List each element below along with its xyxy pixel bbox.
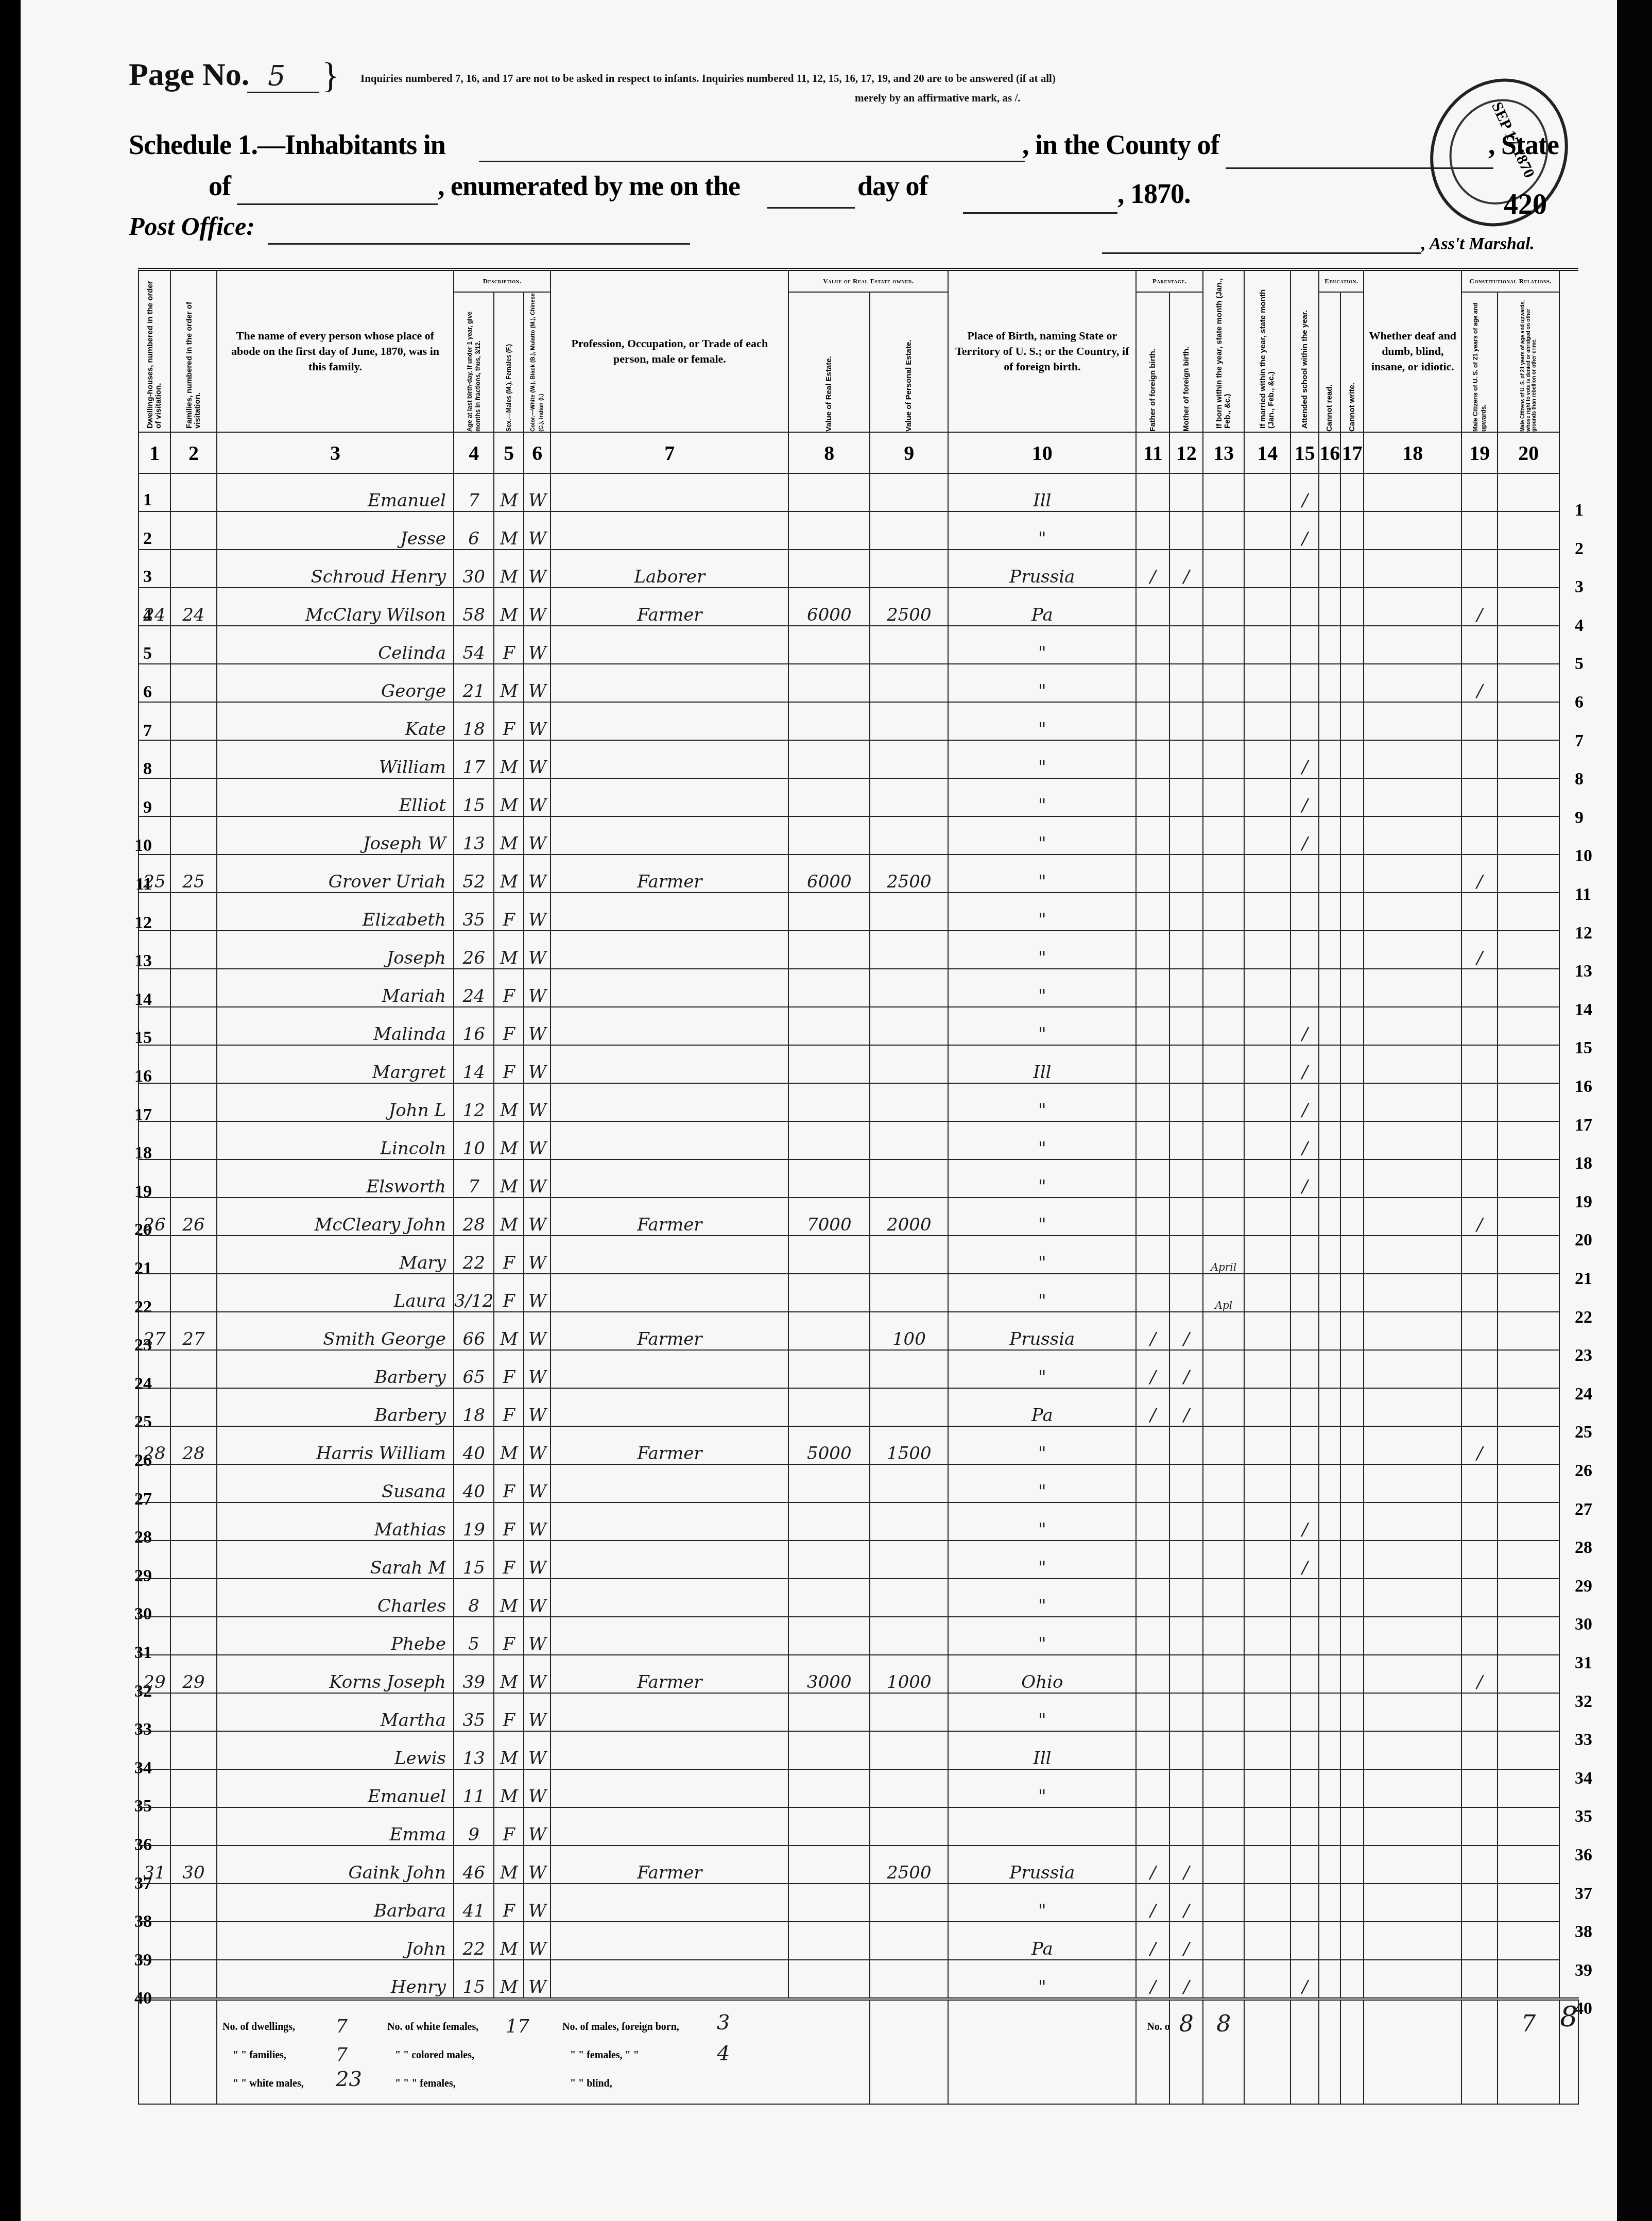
vote-denied-cell[interactable] [1498, 473, 1559, 511]
father-foreign-cell[interactable] [1136, 1159, 1169, 1198]
real-estate-value-cell[interactable] [788, 1159, 870, 1198]
born-within-year-cell[interactable] [1203, 550, 1244, 588]
person-name-cell[interactable]: John [217, 1922, 454, 1960]
sex-cell[interactable]: F [494, 893, 524, 931]
attended-school-cell[interactable] [1290, 1884, 1319, 1922]
age-cell[interactable]: 5 [454, 1617, 494, 1655]
birthplace-cell[interactable]: " [948, 1693, 1136, 1731]
male-citizen-cell[interactable] [1461, 1693, 1498, 1731]
vote-denied-cell[interactable] [1498, 893, 1559, 931]
occupation-cell[interactable] [550, 1769, 788, 1807]
color-cell[interactable]: W [524, 1655, 550, 1693]
real-estate-value-cell[interactable]: 6000 [788, 588, 870, 626]
deaf-blind-cell[interactable] [1364, 1198, 1461, 1236]
personal-estate-value-cell[interactable] [870, 1502, 948, 1541]
attended-school-cell[interactable] [1290, 1617, 1319, 1655]
cannot-write-cell[interactable] [1340, 855, 1364, 893]
dwelling-number-cell[interactable]: 25 [139, 855, 170, 893]
color-cell[interactable]: W [524, 1769, 550, 1807]
deaf-blind-cell[interactable] [1364, 740, 1461, 778]
cannot-read-cell[interactable] [1319, 1807, 1340, 1846]
person-name-cell[interactable]: Lewis [217, 1731, 454, 1769]
male-citizen-cell[interactable] [1461, 511, 1498, 550]
birthplace-cell[interactable]: " [948, 1960, 1136, 1999]
color-cell[interactable]: W [524, 740, 550, 778]
family-number-cell[interactable] [170, 1617, 217, 1655]
age-cell[interactable]: 39 [454, 1655, 494, 1693]
family-number-cell[interactable] [170, 1922, 217, 1960]
family-number-cell[interactable]: 30 [170, 1846, 217, 1884]
cannot-write-cell[interactable] [1340, 1807, 1364, 1846]
real-estate-value-cell[interactable] [788, 511, 870, 550]
vote-denied-cell[interactable] [1498, 1159, 1559, 1198]
personal-estate-value-cell[interactable] [870, 664, 948, 702]
occupation-cell[interactable] [550, 1693, 788, 1731]
birthplace-cell[interactable]: " [948, 893, 1136, 931]
married-within-year-cell[interactable] [1244, 1502, 1290, 1541]
vote-denied-cell[interactable] [1498, 1731, 1559, 1769]
born-within-year-cell[interactable] [1203, 1579, 1244, 1617]
dwelling-number-cell[interactable] [139, 969, 170, 1007]
person-name-cell[interactable]: Joseph W [217, 816, 454, 855]
mother-foreign-cell[interactable] [1169, 855, 1203, 893]
mother-foreign-cell[interactable] [1169, 626, 1203, 664]
birthplace-cell[interactable]: " [948, 1159, 1136, 1198]
personal-estate-value-cell[interactable] [870, 550, 948, 588]
color-cell[interactable]: W [524, 1388, 550, 1426]
vote-denied-cell[interactable] [1498, 626, 1559, 664]
cannot-write-cell[interactable] [1340, 1884, 1364, 1922]
dwelling-number-cell[interactable]: 29 [139, 1655, 170, 1693]
personal-estate-value-cell[interactable] [870, 1807, 948, 1846]
mother-foreign-cell[interactable] [1169, 1426, 1203, 1464]
occupation-cell[interactable]: Farmer [550, 1655, 788, 1693]
mother-foreign-cell[interactable] [1169, 1274, 1203, 1312]
real-estate-value-cell[interactable] [788, 1007, 870, 1045]
married-within-year-cell[interactable] [1244, 778, 1290, 816]
attended-school-cell[interactable] [1290, 1426, 1319, 1464]
personal-estate-value-cell[interactable] [870, 1121, 948, 1159]
sex-cell[interactable]: M [494, 588, 524, 626]
vote-denied-cell[interactable] [1498, 1388, 1559, 1426]
occupation-cell[interactable]: Farmer [550, 1312, 788, 1350]
birthplace-cell[interactable]: Ohio [948, 1655, 1136, 1693]
sex-cell[interactable]: M [494, 473, 524, 511]
mother-foreign-cell[interactable] [1169, 1579, 1203, 1617]
father-foreign-cell[interactable] [1136, 626, 1169, 664]
deaf-blind-cell[interactable] [1364, 931, 1461, 969]
deaf-blind-cell[interactable] [1364, 1769, 1461, 1807]
cannot-write-cell[interactable] [1340, 1655, 1364, 1693]
age-cell[interactable]: 21 [454, 664, 494, 702]
father-foreign-cell[interactable] [1136, 1502, 1169, 1541]
vote-denied-cell[interactable] [1498, 1464, 1559, 1502]
vote-denied-cell[interactable] [1498, 1007, 1559, 1045]
birthplace-cell[interactable]: Ill [948, 1731, 1136, 1769]
male-citizen-cell[interactable] [1461, 1159, 1498, 1198]
personal-estate-value-cell[interactable] [870, 1350, 948, 1388]
occupation-cell[interactable] [550, 626, 788, 664]
attended-school-cell[interactable]: / [1290, 740, 1319, 778]
personal-estate-value-cell[interactable] [870, 1083, 948, 1121]
real-estate-value-cell[interactable]: 3000 [788, 1655, 870, 1693]
person-name-cell[interactable]: Gaink John [217, 1846, 454, 1884]
age-cell[interactable]: 46 [454, 1846, 494, 1884]
color-cell[interactable]: W [524, 1922, 550, 1960]
father-foreign-cell[interactable] [1136, 778, 1169, 816]
vote-denied-cell[interactable] [1498, 1312, 1559, 1350]
deaf-blind-cell[interactable] [1364, 969, 1461, 1007]
married-within-year-cell[interactable] [1244, 1007, 1290, 1045]
occupation-cell[interactable]: Farmer [550, 855, 788, 893]
real-estate-value-cell[interactable]: 6000 [788, 855, 870, 893]
color-cell[interactable]: W [524, 1960, 550, 1999]
sex-cell[interactable]: F [494, 1807, 524, 1846]
attended-school-cell[interactable] [1290, 1579, 1319, 1617]
occupation-cell[interactable]: Farmer [550, 1846, 788, 1884]
person-name-cell[interactable]: Emanuel [217, 473, 454, 511]
person-name-cell[interactable]: Elsworth [217, 1159, 454, 1198]
personal-estate-value-cell[interactable] [870, 511, 948, 550]
mother-foreign-cell[interactable] [1169, 1693, 1203, 1731]
birthplace-cell[interactable]: " [948, 1617, 1136, 1655]
cannot-write-cell[interactable] [1340, 1388, 1364, 1426]
real-estate-value-cell[interactable] [788, 1045, 870, 1083]
mother-foreign-cell[interactable] [1169, 1541, 1203, 1579]
male-citizen-cell[interactable] [1461, 1922, 1498, 1960]
person-name-cell[interactable]: Mariah [217, 969, 454, 1007]
family-number-cell[interactable] [170, 969, 217, 1007]
deaf-blind-cell[interactable] [1364, 511, 1461, 550]
dwelling-number-cell[interactable] [139, 778, 170, 816]
birthplace-cell[interactable]: Pa [948, 588, 1136, 626]
sex-cell[interactable]: F [494, 1274, 524, 1312]
birthplace-cell[interactable]: " [948, 1464, 1136, 1502]
real-estate-value-cell[interactable] [788, 1922, 870, 1960]
real-estate-value-cell[interactable] [788, 702, 870, 740]
dwelling-number-cell[interactable] [139, 473, 170, 511]
attended-school-cell[interactable]: / [1290, 1159, 1319, 1198]
attended-school-cell[interactable] [1290, 1807, 1319, 1846]
dwelling-number-cell[interactable] [139, 1083, 170, 1121]
attended-school-cell[interactable]: / [1290, 1045, 1319, 1083]
deaf-blind-cell[interactable] [1364, 1502, 1461, 1541]
person-name-cell[interactable]: Jesse [217, 511, 454, 550]
born-within-year-cell[interactable] [1203, 1807, 1244, 1846]
cannot-write-cell[interactable] [1340, 1426, 1364, 1464]
attended-school-cell[interactable] [1290, 1198, 1319, 1236]
married-within-year-cell[interactable] [1244, 550, 1290, 588]
mother-foreign-cell[interactable] [1169, 1083, 1203, 1121]
deaf-blind-cell[interactable] [1364, 1426, 1461, 1464]
dwelling-number-cell[interactable] [139, 1960, 170, 1999]
color-cell[interactable]: W [524, 702, 550, 740]
married-within-year-cell[interactable] [1244, 626, 1290, 664]
occupation-cell[interactable]: Laborer [550, 550, 788, 588]
occupation-cell[interactable]: Farmer [550, 1426, 788, 1464]
vote-denied-cell[interactable] [1498, 1960, 1559, 1999]
mother-foreign-cell[interactable] [1169, 1045, 1203, 1083]
birthplace-cell[interactable]: " [948, 1198, 1136, 1236]
age-cell[interactable]: 15 [454, 1960, 494, 1999]
age-cell[interactable]: 52 [454, 855, 494, 893]
vote-denied-cell[interactable] [1498, 1541, 1559, 1579]
male-citizen-cell[interactable] [1461, 1884, 1498, 1922]
color-cell[interactable]: W [524, 664, 550, 702]
occupation-cell[interactable] [550, 816, 788, 855]
of-field[interactable] [237, 183, 438, 205]
deaf-blind-cell[interactable] [1364, 1731, 1461, 1769]
cannot-read-cell[interactable] [1319, 1236, 1340, 1274]
occupation-cell[interactable]: Farmer [550, 588, 788, 626]
birthplace-cell[interactable]: " [948, 778, 1136, 816]
mother-foreign-cell[interactable]: / [1169, 550, 1203, 588]
sex-cell[interactable]: M [494, 1579, 524, 1617]
father-foreign-cell[interactable] [1136, 1579, 1169, 1617]
male-citizen-cell[interactable] [1461, 1007, 1498, 1045]
father-foreign-cell[interactable] [1136, 1236, 1169, 1274]
deaf-blind-cell[interactable] [1364, 1121, 1461, 1159]
cannot-write-cell[interactable] [1340, 1045, 1364, 1083]
color-cell[interactable]: W [524, 1693, 550, 1731]
vote-denied-cell[interactable] [1498, 1502, 1559, 1541]
born-within-year-cell[interactable] [1203, 740, 1244, 778]
personal-estate-value-cell[interactable] [870, 1731, 948, 1769]
married-within-year-cell[interactable] [1244, 588, 1290, 626]
married-within-year-cell[interactable] [1244, 1541, 1290, 1579]
occupation-cell[interactable] [550, 1541, 788, 1579]
occupation-cell[interactable] [550, 1502, 788, 1541]
birthplace-cell[interactable]: " [948, 511, 1136, 550]
age-cell[interactable]: 9 [454, 1807, 494, 1846]
cannot-write-cell[interactable] [1340, 626, 1364, 664]
sex-cell[interactable]: M [494, 1960, 524, 1999]
cannot-read-cell[interactable] [1319, 473, 1340, 511]
cannot-write-cell[interactable] [1340, 1274, 1364, 1312]
vote-denied-cell[interactable] [1498, 1579, 1559, 1617]
born-within-year-cell[interactable] [1203, 1693, 1244, 1731]
birthplace-cell[interactable]: " [948, 1502, 1136, 1541]
father-foreign-cell[interactable] [1136, 1045, 1169, 1083]
attended-school-cell[interactable] [1290, 1922, 1319, 1960]
age-cell[interactable]: 58 [454, 588, 494, 626]
personal-estate-value-cell[interactable] [870, 1617, 948, 1655]
married-within-year-cell[interactable] [1244, 1579, 1290, 1617]
occupation-cell[interactable] [550, 473, 788, 511]
married-within-year-cell[interactable] [1244, 473, 1290, 511]
mother-foreign-cell[interactable] [1169, 511, 1203, 550]
deaf-blind-cell[interactable] [1364, 1350, 1461, 1388]
family-number-cell[interactable] [170, 1731, 217, 1769]
cannot-write-cell[interactable] [1340, 702, 1364, 740]
sex-cell[interactable]: F [494, 969, 524, 1007]
born-within-year-cell[interactable] [1203, 1426, 1244, 1464]
sex-cell[interactable]: M [494, 550, 524, 588]
born-within-year-cell[interactable] [1203, 1922, 1244, 1960]
person-name-cell[interactable]: Laura [217, 1274, 454, 1312]
vote-denied-cell[interactable] [1498, 1121, 1559, 1159]
age-cell[interactable]: 3/12 [454, 1274, 494, 1312]
married-within-year-cell[interactable] [1244, 816, 1290, 855]
sex-cell[interactable]: F [494, 1007, 524, 1045]
color-cell[interactable]: W [524, 473, 550, 511]
sex-cell[interactable]: F [494, 1045, 524, 1083]
vote-denied-cell[interactable] [1498, 1693, 1559, 1731]
occupation-cell[interactable] [550, 1960, 788, 1999]
attended-school-cell[interactable] [1290, 626, 1319, 664]
cannot-write-cell[interactable] [1340, 1693, 1364, 1731]
cannot-write-cell[interactable] [1340, 778, 1364, 816]
married-within-year-cell[interactable] [1244, 1159, 1290, 1198]
born-within-year-cell[interactable]: Apl [1203, 1274, 1244, 1312]
vote-denied-cell[interactable] [1498, 550, 1559, 588]
cannot-write-cell[interactable] [1340, 588, 1364, 626]
dwelling-number-cell[interactable] [139, 1731, 170, 1769]
deaf-blind-cell[interactable] [1364, 1617, 1461, 1655]
occupation-cell[interactable] [550, 1884, 788, 1922]
sex-cell[interactable]: F [494, 1693, 524, 1731]
dwelling-number-cell[interactable] [139, 1121, 170, 1159]
birthplace-cell[interactable]: " [948, 1426, 1136, 1464]
vote-denied-cell[interactable] [1498, 1922, 1559, 1960]
born-within-year-cell[interactable] [1203, 1159, 1244, 1198]
personal-estate-value-cell[interactable]: 1500 [870, 1426, 948, 1464]
person-name-cell[interactable]: William [217, 740, 454, 778]
cannot-read-cell[interactable] [1319, 1502, 1340, 1541]
dwelling-number-cell[interactable]: 28 [139, 1426, 170, 1464]
mother-foreign-cell[interactable] [1169, 1236, 1203, 1274]
cannot-write-cell[interactable] [1340, 1121, 1364, 1159]
male-citizen-cell[interactable]: / [1461, 931, 1498, 969]
vote-denied-cell[interactable] [1498, 1350, 1559, 1388]
birthplace-cell[interactable]: Ill [948, 473, 1136, 511]
personal-estate-value-cell[interactable] [870, 931, 948, 969]
deaf-blind-cell[interactable] [1364, 1541, 1461, 1579]
married-within-year-cell[interactable] [1244, 893, 1290, 931]
father-foreign-cell[interactable] [1136, 1198, 1169, 1236]
father-foreign-cell[interactable] [1136, 1769, 1169, 1807]
attended-school-cell[interactable]: / [1290, 1083, 1319, 1121]
family-number-cell[interactable] [170, 1960, 217, 1999]
male-citizen-cell[interactable] [1461, 1350, 1498, 1388]
attended-school-cell[interactable] [1290, 1846, 1319, 1884]
person-name-cell[interactable]: Barbery [217, 1388, 454, 1426]
deaf-blind-cell[interactable] [1364, 1693, 1461, 1731]
dwelling-number-cell[interactable]: 31 [139, 1846, 170, 1884]
person-name-cell[interactable]: Celinda [217, 626, 454, 664]
birthplace-cell[interactable]: " [948, 1541, 1136, 1579]
color-cell[interactable]: W [524, 816, 550, 855]
attended-school-cell[interactable]: / [1290, 1121, 1319, 1159]
personal-estate-value-cell[interactable] [870, 1884, 948, 1922]
deaf-blind-cell[interactable] [1364, 550, 1461, 588]
cannot-read-cell[interactable] [1319, 1464, 1340, 1502]
cannot-read-cell[interactable] [1319, 1312, 1340, 1350]
family-number-cell[interactable] [170, 816, 217, 855]
married-within-year-cell[interactable] [1244, 1388, 1290, 1426]
age-cell[interactable]: 41 [454, 1884, 494, 1922]
family-number-cell[interactable] [170, 1464, 217, 1502]
birthplace-cell[interactable]: Prussia [948, 550, 1136, 588]
father-foreign-cell[interactable] [1136, 1617, 1169, 1655]
cannot-write-cell[interactable] [1340, 511, 1364, 550]
age-cell[interactable]: 16 [454, 1007, 494, 1045]
male-citizen-cell[interactable] [1461, 740, 1498, 778]
mother-foreign-cell[interactable] [1169, 1655, 1203, 1693]
deaf-blind-cell[interactable] [1364, 1579, 1461, 1617]
male-citizen-cell[interactable] [1461, 1083, 1498, 1121]
mother-foreign-cell[interactable] [1169, 588, 1203, 626]
age-cell[interactable]: 24 [454, 969, 494, 1007]
dwelling-number-cell[interactable] [139, 1159, 170, 1198]
cannot-read-cell[interactable] [1319, 816, 1340, 855]
married-within-year-cell[interactable] [1244, 1312, 1290, 1350]
cannot-read-cell[interactable] [1319, 1541, 1340, 1579]
birthplace-cell[interactable]: " [948, 931, 1136, 969]
personal-estate-value-cell[interactable] [870, 1693, 948, 1731]
cannot-read-cell[interactable] [1319, 588, 1340, 626]
cannot-write-cell[interactable] [1340, 969, 1364, 1007]
married-within-year-cell[interactable] [1244, 1083, 1290, 1121]
family-number-cell[interactable] [170, 1045, 217, 1083]
married-within-year-cell[interactable] [1244, 1045, 1290, 1083]
personal-estate-value-cell[interactable] [870, 1274, 948, 1312]
married-within-year-cell[interactable] [1244, 969, 1290, 1007]
deaf-blind-cell[interactable] [1364, 778, 1461, 816]
real-estate-value-cell[interactable] [788, 1350, 870, 1388]
born-within-year-cell[interactable] [1203, 1045, 1244, 1083]
real-estate-value-cell[interactable] [788, 1502, 870, 1541]
attended-school-cell[interactable] [1290, 702, 1319, 740]
sex-cell[interactable]: M [494, 778, 524, 816]
family-number-cell[interactable]: 28 [170, 1426, 217, 1464]
born-within-year-cell[interactable] [1203, 1464, 1244, 1502]
real-estate-value-cell[interactable] [788, 1846, 870, 1884]
color-cell[interactable]: W [524, 1884, 550, 1922]
attended-school-cell[interactable] [1290, 1769, 1319, 1807]
vote-denied-cell[interactable] [1498, 1274, 1559, 1312]
vote-denied-cell[interactable] [1498, 588, 1559, 626]
real-estate-value-cell[interactable] [788, 1464, 870, 1502]
mother-foreign-cell[interactable] [1169, 740, 1203, 778]
personal-estate-value-cell[interactable] [870, 626, 948, 664]
married-within-year-cell[interactable] [1244, 1960, 1290, 1999]
cannot-write-cell[interactable] [1340, 1541, 1364, 1579]
male-citizen-cell[interactable] [1461, 473, 1498, 511]
male-citizen-cell[interactable] [1461, 1045, 1498, 1083]
person-name-cell[interactable]: Elliot [217, 778, 454, 816]
attended-school-cell[interactable] [1290, 931, 1319, 969]
father-foreign-cell[interactable] [1136, 1083, 1169, 1121]
person-name-cell[interactable]: Mary [217, 1236, 454, 1274]
born-within-year-cell[interactable] [1203, 1312, 1244, 1350]
male-citizen-cell[interactable] [1461, 1807, 1498, 1846]
age-cell[interactable]: 11 [454, 1769, 494, 1807]
male-citizen-cell[interactable]: / [1461, 1426, 1498, 1464]
deaf-blind-cell[interactable] [1364, 816, 1461, 855]
color-cell[interactable]: W [524, 1121, 550, 1159]
father-foreign-cell[interactable] [1136, 855, 1169, 893]
personal-estate-value-cell[interactable] [870, 1541, 948, 1579]
cannot-write-cell[interactable] [1340, 1083, 1364, 1121]
person-name-cell[interactable]: Barbara [217, 1884, 454, 1922]
real-estate-value-cell[interactable] [788, 893, 870, 931]
father-foreign-cell[interactable] [1136, 702, 1169, 740]
attended-school-cell[interactable]: / [1290, 1541, 1319, 1579]
mother-foreign-cell[interactable] [1169, 1617, 1203, 1655]
sex-cell[interactable]: M [494, 1922, 524, 1960]
dwelling-number-cell[interactable]: 24 [139, 588, 170, 626]
